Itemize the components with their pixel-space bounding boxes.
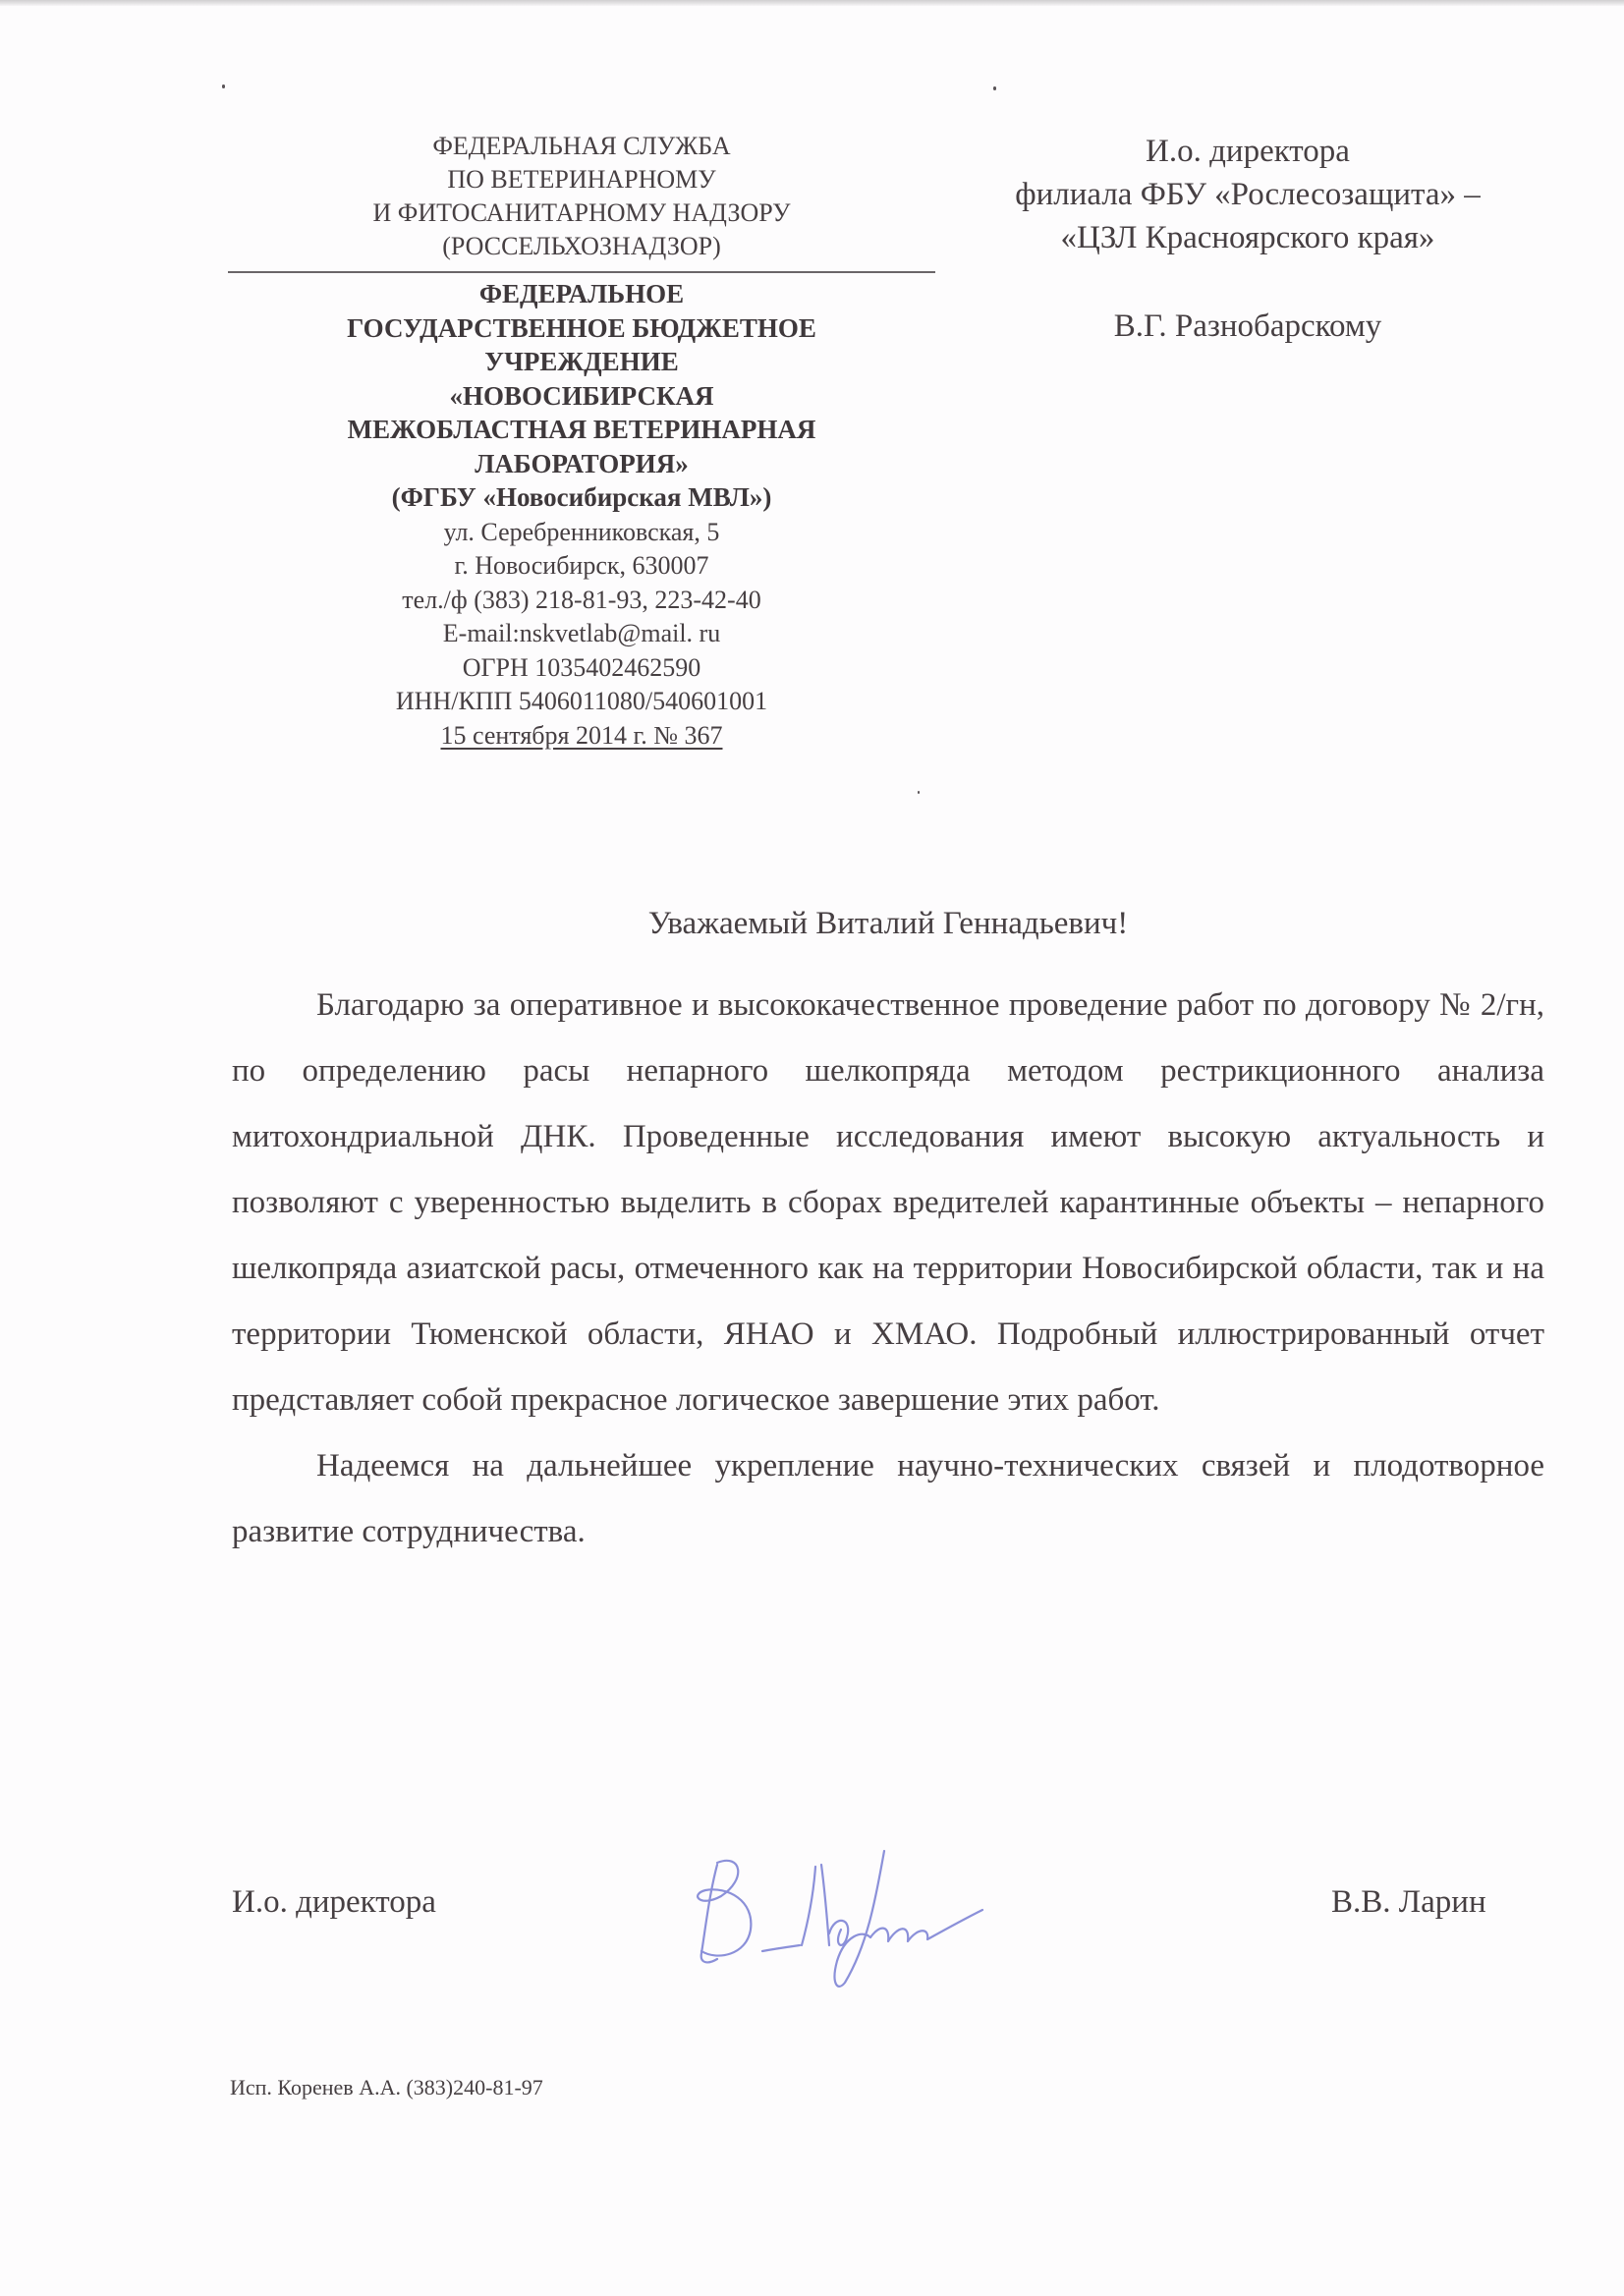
agency-line: ФЕДЕРАЛЬНАЯ СЛУЖБА (228, 130, 935, 163)
letter-greeting: Уважаемый Виталий Геннадьевич! (232, 902, 1544, 945)
scan-speck (918, 791, 920, 794)
addressee-block: И.о. директора филиала ФБУ «Рослесозащит… (982, 130, 1513, 348)
organization-name: ФЕДЕРАЛЬНОЕ ГОСУДАРСТВЕННОЕ БЮДЖЕТНОЕ УЧ… (228, 277, 935, 515)
org-line: ФЕДЕРАЛЬНОЕ (228, 277, 935, 311)
org-line: ГОСУДАРСТВЕННОЕ БЮДЖЕТНОЕ (228, 311, 935, 346)
scan-speck (993, 86, 996, 90)
body-paragraph: Благодарю за оперативное и высококачеств… (232, 973, 1544, 1433)
org-line: ЛАБОРАТОРИЯ» (228, 447, 935, 481)
executor-contact: Исп. Коренев А.А. (383)240-81-97 (230, 2073, 543, 2102)
email: E-mail:nskvetlab@mail. ru (228, 617, 935, 651)
ogrn: ОГРН 1035402462590 (228, 651, 935, 686)
org-line: «НОВОСИБИРСКАЯ (228, 379, 935, 414)
addressee-line: И.о. директора (982, 130, 1513, 173)
letter-reference-date-number: 15 сентября 2014 г. № 367 (228, 719, 935, 753)
scan-edge-shadow (0, 0, 1624, 6)
address-street: ул. Серебренниковская, 5 (228, 516, 935, 550)
sender-contacts: ул. Серебренниковская, 5 г. Новосибирск,… (228, 516, 935, 719)
agency-line: ПО ВЕТЕРИНАРНОМУ (228, 163, 935, 196)
address-city: г. Новосибирск, 630007 (228, 549, 935, 584)
scan-speck (222, 84, 225, 88)
addressee-line: «ЦЗЛ Красноярского края» (982, 216, 1513, 259)
org-line: УЧРЕЖДЕНИЕ (228, 345, 935, 379)
sender-letterhead: ФЕДЕРАЛЬНАЯ СЛУЖБА ПО ВЕТЕРИНАРНОМУ И ФИ… (228, 130, 935, 753)
addressee-name: В.Г. Разнобарскому (982, 305, 1513, 348)
org-line: (ФГБУ «Новосибирская МВЛ») (228, 480, 935, 515)
agency-line: И ФИТОСАНИТАРНОМУ НАДЗОРУ (228, 196, 935, 230)
addressee-line: филиала ФБУ «Рослесозащита» – (982, 173, 1513, 216)
letter-body: Благодарю за оперативное и высококачеств… (232, 973, 1544, 1565)
body-paragraph: Надеемся на дальнейшее укрепление научно… (232, 1433, 1544, 1565)
agency-line: (РОССЕЛЬХОЗНАДЗОР) (228, 230, 935, 263)
handwritten-signature (688, 1835, 1002, 1992)
inn-kpp: ИНН/КПП 5406011080/540601001 (228, 685, 935, 719)
letterhead-divider (228, 271, 935, 273)
agency-name: ФЕДЕРАЛЬНАЯ СЛУЖБА ПО ВЕТЕРИНАРНОМУ И ФИ… (228, 130, 935, 263)
signatory-name: В.В. Ларин (1331, 1880, 1486, 1924)
org-line: МЕЖОБЛАСТНАЯ ВЕТЕРИНАРНАЯ (228, 413, 935, 447)
phone-fax: тел./ф (383) 218-81-93, 223-42-40 (228, 584, 935, 618)
signatory-title: И.о. директора (232, 1880, 436, 1924)
